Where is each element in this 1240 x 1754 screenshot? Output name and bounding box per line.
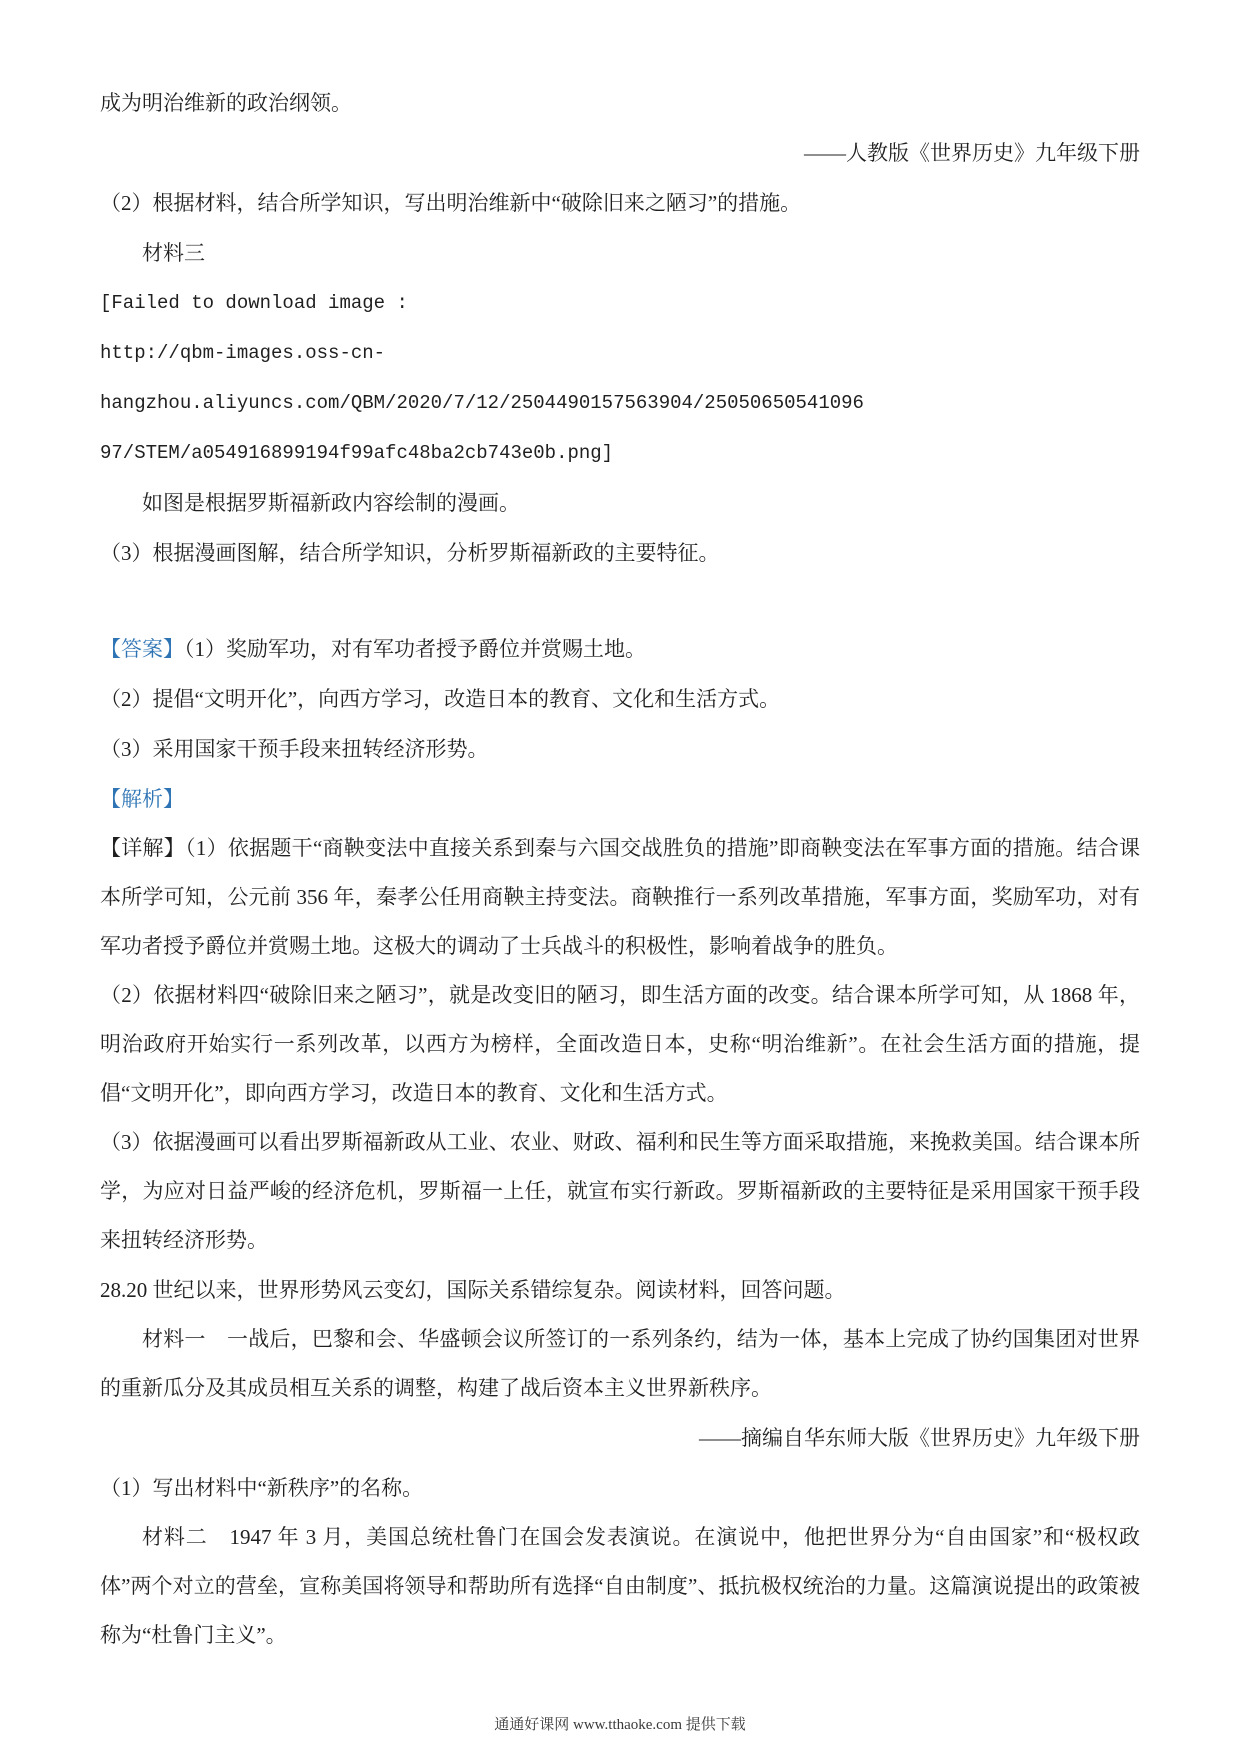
q27-question-3: （3）根据漫画图解，结合所学知识，分析罗斯福新政的主要特征。 bbox=[100, 528, 1140, 578]
answer-line-1: 【答案】（1）奖励军功，对有军功者授予爵位并赏赐土地。 bbox=[100, 624, 1140, 674]
document-page: 成为明治维新的政治纲领。 ——人教版《世界历史》九年级下册 （2）根据材料，结合… bbox=[0, 0, 1240, 1754]
analysis-label-line: 【解析】 bbox=[100, 774, 1140, 824]
answer-line-2: （2）提倡“文明开化”，向西方学习，改造日本的教育、文化和生活方式。 bbox=[100, 674, 1140, 724]
image-fail-url-line-3: 97/STEM/a054916899194f99afc48ba2cb743e0b… bbox=[100, 428, 1140, 478]
analysis-detail-1: 【详解】（1）依据题干“商鞅变法中直接关系到秦与六国交战胜负的措施”即商鞅变法在… bbox=[100, 824, 1140, 971]
q27-tail-line: 成为明治维新的政治纲领。 bbox=[100, 78, 1140, 128]
q28-material-1: 材料一 一战后，巴黎和会、华盛顿会议所签订的一系列条约，结为一体，基本上完成了协… bbox=[100, 1315, 1140, 1413]
q27-image-caption: 如图是根据罗斯福新政内容绘制的漫画。 bbox=[100, 478, 1140, 528]
q27-material-3-label: 材料三 bbox=[100, 228, 1140, 278]
q28-material-2: 材料二 1947 年 3 月，美国总统杜鲁门在国会发表演说。在演说中，他把世界分… bbox=[100, 1513, 1140, 1660]
q28-source-citation: ——摘编自华东师大版《世界历史》九年级下册 bbox=[100, 1413, 1140, 1463]
q27-question-2: （2）根据材料，结合所学知识，写出明治维新中“破除旧来之陋习”的措施。 bbox=[100, 178, 1140, 228]
q27-source-citation: ——人教版《世界历史》九年级下册 bbox=[100, 128, 1140, 178]
analysis-detail-2: （2）依据材料四“破除旧来之陋习”，就是改变旧的陋习，即生活方面的改变。结合课本… bbox=[100, 971, 1140, 1118]
analysis-detail-3: （3）依据漫画可以看出罗斯福新政从工业、农业、财政、福利和民生等方面采取措施，来… bbox=[100, 1118, 1140, 1265]
analysis-label: 【解析】 bbox=[100, 787, 184, 811]
answer-line-3: （3）采用国家干预手段来扭转经济形势。 bbox=[100, 724, 1140, 774]
q28-question-1: （1）写出材料中“新秩序”的名称。 bbox=[100, 1463, 1140, 1513]
detail-label: 【详解】 bbox=[100, 836, 185, 860]
answer-text-1: （1）奖励军功，对有军功者授予爵位并赏赐土地。 bbox=[184, 637, 646, 661]
image-fail-line-1: [Failed to download image : bbox=[100, 278, 1140, 328]
image-fail-url-line-2: http://qbm-images.oss-cn-hangzhou.aliyun… bbox=[100, 328, 1140, 428]
detail-text-1: （1）依据题干“商鞅变法中直接关系到秦与六国交战胜负的措施”即商鞅变法在军事方面… bbox=[100, 836, 1140, 958]
answer-label: 【答案】 bbox=[100, 637, 184, 661]
blank-gap bbox=[100, 578, 1140, 624]
q28-intro: 28.20 世纪以来，世界形势风云变幻，国际关系错综复杂。阅读材料，回答问题。 bbox=[100, 1265, 1140, 1315]
page-footer: 通通好课网 www.tthaoke.com 提供下载 bbox=[0, 1713, 1240, 1734]
